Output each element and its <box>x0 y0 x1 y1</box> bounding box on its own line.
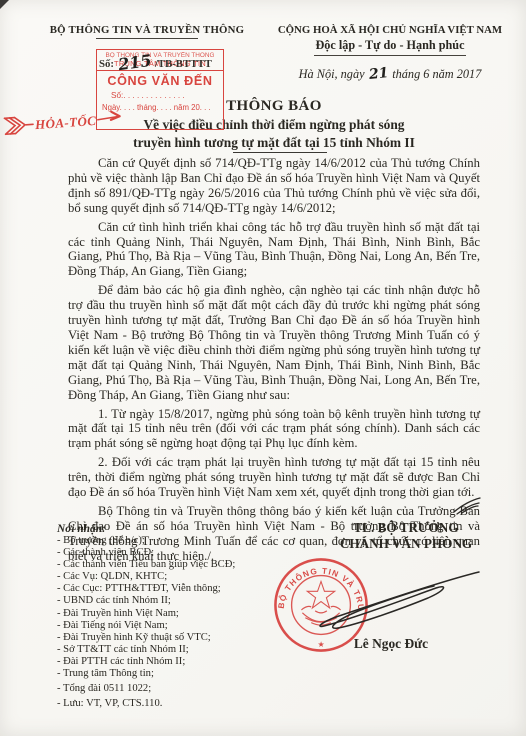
recipient-item: - Đài PTTH các tỉnh Nhóm II; <box>57 656 287 668</box>
signer-name: Lê Ngọc Đức <box>328 636 454 652</box>
recipient-item: - Trung tâm Thông tin; <box>57 668 287 680</box>
recipient-item: - Các Cục: PTTH&TTĐT, Viễn thông; <box>57 583 287 595</box>
recipient-item: - Đài Tiếng nói Việt Nam; <box>57 620 287 632</box>
doc-number-label: Số: <box>99 58 114 70</box>
national-motto-line2: Độc lập - Tự do - Hạnh phúc <box>260 38 520 53</box>
motto-underline <box>314 55 466 56</box>
body-paragraph: Để đảm bảo các hộ gia đình nghèo, cận ng… <box>68 283 480 402</box>
scan-corner-artifact <box>0 0 9 9</box>
handwritten-initials-flourish <box>452 496 482 521</box>
authority-line2: CHÁNH VĂN PHÒNG <box>300 536 512 552</box>
stamp-number-blank: Số:. . . . . . . . . . . . . . <box>97 91 223 100</box>
national-motto-line1: CỘNG HOÀ XÃ HỘI CHỦ NGHĨA VIỆT NAM <box>260 24 520 36</box>
date-day-handwritten: 21 <box>368 65 389 83</box>
recipients-block: Nơi nhận: - Bộ trưởng (để b/c); - Các th… <box>57 523 287 710</box>
title-underline <box>233 152 327 153</box>
recipient-item: - Đài Truyền hình Kỹ thuật số VTC; <box>57 632 287 644</box>
handwritten-signature <box>296 562 484 645</box>
recipients-label: Nơi nhận: <box>57 523 287 535</box>
subject-line2: truyền hình tương tự mặt đất tại 15 tỉnh… <box>68 135 480 151</box>
body-paragraph: 2. Đối với các trạm phát lại truyền hình… <box>68 455 480 500</box>
signature-authority: TL. BỘ TRƯỞNG CHÁNH VĂN PHÒNG <box>300 520 512 552</box>
recipient-item: - Các thành viên BCĐ; <box>57 547 287 559</box>
recipient-item: - Sở TT&TT các tỉnh Nhóm II; <box>57 644 287 656</box>
body-paragraph: 1. Từ ngày 15/8/2017, ngừng phủ sóng toà… <box>68 407 480 452</box>
recipient-item: - UBND các tỉnh Nhóm II; <box>57 595 287 607</box>
doc-number-handwritten: 215 <box>117 51 153 74</box>
recipient-item: - Các thành viên Tiểu ban giúp việc BCĐ; <box>57 559 287 571</box>
date-prefix: Hà Nội, ngày <box>299 67 365 81</box>
hoa-toc-label: HỎA-TỐC <box>34 113 97 132</box>
ministry-underline <box>96 38 198 39</box>
document-page: BỘ THÔNG TIN VÀ TRUYỀN THÔNG Số: 215 /TB… <box>0 0 526 736</box>
recipient-item: - Các Vụ: QLDN, KHTC; <box>57 571 287 583</box>
header-issuing-org: BỘ THÔNG TIN VÀ TRUYỀN THÔNG <box>38 24 256 39</box>
authority-line1: TL. BỘ TRƯỞNG <box>300 520 512 536</box>
doc-number-suffix: /TB-BTTTT <box>155 58 212 70</box>
stamp-title: CÔNG VĂN ĐẾN <box>97 74 223 88</box>
recipient-item: - Đài Truyền hình Việt Nam; <box>57 608 287 620</box>
document-body: Căn cứ Quyết định số 714/QĐ-TTg ngày 14/… <box>68 156 480 568</box>
header-national: CỘNG HOÀ XÃ HỘI CHỦ NGHĨA VIỆT NAM Độc l… <box>260 24 520 56</box>
body-paragraph: Căn cứ Quyết định số 714/QĐ-TTg ngày 14/… <box>68 156 480 216</box>
recipient-item: - Bộ trưởng (để b/c); <box>57 535 287 547</box>
date-suffix: tháng 6 năm 2017 <box>392 67 481 81</box>
recipient-item: - Lưu: VT, VP, CTS.110. <box>57 698 287 710</box>
ministry-name: BỘ THÔNG TIN VÀ TRUYỀN THÔNG <box>38 24 256 36</box>
body-paragraph: Căn cứ tình hình triển khai công tác hỗ … <box>68 220 480 280</box>
place-date-line: Hà Nội, ngày 21 tháng 6 năm 2017 <box>260 66 520 82</box>
document-number: Số: 215 /TB-BTTTT <box>99 52 212 71</box>
recipient-item: - Tổng đài 0511 1022; <box>57 683 287 695</box>
